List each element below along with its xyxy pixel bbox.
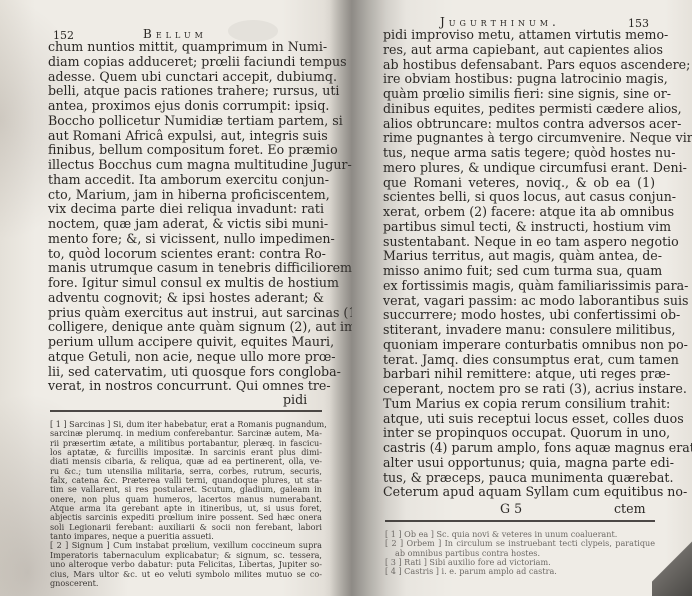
text-line: adventu cognovit; & ipsi hostes aderant;… [48, 291, 324, 306]
text-line: aut Romani Africâ expulsi, aut, integris… [48, 129, 324, 144]
text-line: chum nuntios mittit, quamprimum in Numi- [48, 40, 324, 55]
text-line: mento fore; &, si vicissent, nullo imped… [48, 232, 324, 247]
text-line: Boccho pollicetur Numidiæ tertiam partem… [48, 114, 324, 129]
text-line: pidi improviso metu, attamen virtutis me… [383, 28, 655, 43]
text-line: succurrere; modo hostes, ubi confertissi… [383, 308, 655, 323]
text-line: illectus Bocchus cum magna multitudine J… [48, 158, 324, 173]
text-line: belli, atque pacis rationes trahere; rur… [48, 84, 324, 99]
footnotes: [ 1 ] Sarcinas ] Si, dum iter habebatur,… [50, 420, 322, 588]
text-line: verat, vagari passim: ac modo laborantib… [383, 294, 655, 309]
signature-mark: G 5 [500, 501, 522, 516]
text-line: ex fortissimis magis, quàm familiarissim… [383, 279, 655, 294]
body-text: pidi improviso metu, attamen virtutis me… [383, 28, 655, 500]
text-line: alter usui opportunus; quia, magna parte… [383, 456, 655, 471]
footnote-line: gnoscerent. [50, 579, 322, 588]
text-line: cto, Marium, jam in hiberna proficiscent… [48, 188, 324, 203]
text-line: terat. Jamq. dies consumptus erat, cum t… [383, 353, 655, 368]
text-line: stiterant, invadere manu: consulere mili… [383, 323, 655, 338]
text-line: diam copias adduceret; prœlii faciundi t… [48, 55, 324, 70]
body-text: chum nuntios mittit, quamprimum in Numi-… [48, 40, 324, 394]
text-line: tus, neque arma satis tegere; quòd hoste… [383, 146, 655, 161]
text-line: ab hostibus defensabant. Pars equos asce… [383, 58, 655, 73]
text-line: scientes belli, si quos locus, aut casus… [383, 190, 655, 205]
text-line: atque Getuli, non acie, neque ullo more … [48, 350, 324, 365]
text-line: colligere, denique ante quàm signum (2),… [48, 320, 324, 335]
text-line: sustentabant. Neque in eo tam aspero neg… [383, 235, 655, 250]
book-spread: 152 Bellum chum nuntios mittit, quamprim… [0, 0, 692, 596]
text-line: res, aut arma capiebant, aut capientes a… [383, 43, 655, 58]
text-line: manis utrumque casum in tenebris diffici… [48, 261, 324, 276]
text-line: alios obtruncare: multos contra adversos… [383, 117, 655, 132]
text-line: atque, uti suis receptui locus esset, co… [383, 412, 655, 427]
text-line: rime pugnantes à tergo circumvenire. Neq… [383, 131, 655, 146]
page-corner [652, 526, 692, 596]
text-line: castris (4) parum amplo, fons aquæ magnu… [383, 441, 655, 456]
left-page: 152 Bellum chum nuntios mittit, quamprim… [0, 0, 352, 596]
text-line: misso animo fuit; sed cum turma sua, qua… [383, 264, 655, 279]
text-line: fore. Igitur simul consul ex multis de h… [48, 276, 324, 291]
text-line: partibus simul tecti, & instructi, hosti… [383, 220, 655, 235]
text-line: mero plures, & undique circumfusi erant.… [383, 161, 655, 176]
text-line: vix decima parte diei reliqua invadunt: … [48, 202, 324, 217]
footnote-rule [385, 520, 655, 522]
text-line: xerat, orbem (2) facere: atque ita ab om… [383, 205, 655, 220]
text-line: quoniam imperare conturbatis omnibus non… [383, 338, 655, 353]
footnote-rule [50, 410, 322, 412]
text-line: ceperant, noctem pro se rati (3), acrius… [383, 382, 655, 397]
text-line: ire obviam hostibus: pugna latrocinio ma… [383, 72, 655, 87]
right-page: Jugurthinum. 153 pidi improviso metu, at… [352, 0, 692, 596]
text-line: prius quàm exercitus aut instrui, aut sa… [48, 306, 324, 321]
text-line: barbari nihil remittere: atque, uti rege… [383, 367, 655, 382]
footnotes: [ 1 ] Ob ea ] Sc. quia novi & veteres in… [385, 530, 655, 577]
text-line: inter se propinquos occupat. Quorum in u… [383, 426, 655, 441]
text-line: dinibus equites, pedites permisti cædere… [383, 102, 655, 117]
text-line: adesse. Quem ubi cunctari accepit, dubiu… [48, 70, 324, 85]
text-line: que Romani veteres, noviq., & ob ea (1) [383, 176, 655, 191]
footnote-line: [ 4 ] Castris ] i. e. parum amplo ad cas… [385, 567, 655, 576]
text-line: quàm prœlio similis fieri: sine signis, … [383, 87, 655, 102]
text-line: lii, sed catervatim, uti quosque fors co… [48, 365, 324, 380]
text-line: tham accedit. Ita amborum exercitu conju… [48, 173, 324, 188]
text-line: Marius territus, aut magis, quàm antea, … [383, 249, 655, 264]
text-line: finibus, bellum compositum foret. Eo præ… [48, 143, 324, 158]
catchword: pidi [283, 392, 307, 407]
text-line: perium ullum accipere quivit, equites Ma… [48, 335, 324, 350]
text-line: Ceterum apud aquam Syllam cum equitibus … [383, 485, 655, 500]
text-line: Tum Marius ex copia rerum consilium trah… [383, 397, 655, 412]
text-line: noctem, quæ jam aderat, & victis sibi mu… [48, 217, 324, 232]
text-line: antea, proximos ejus donis corrumpit: ip… [48, 99, 324, 114]
catchword: ctem [614, 501, 646, 516]
text-line: tus, & præceps, pauca munimenta quærebat… [383, 471, 655, 486]
text-line: to, quòd locorum scientes erant: contra … [48, 247, 324, 262]
